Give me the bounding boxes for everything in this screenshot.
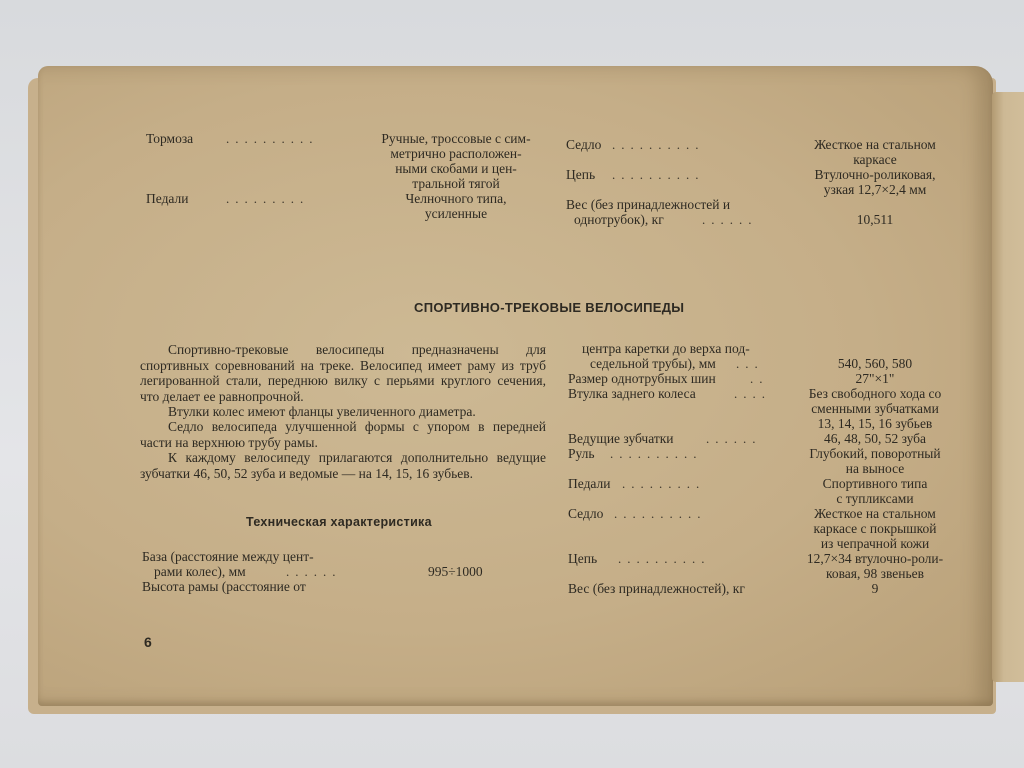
spec-label: Размер однотрубных шин [568, 371, 716, 386]
spec-label: Ведущие зубчатки [568, 431, 674, 446]
spec-value: 9 [790, 581, 960, 596]
page-number: 6 [144, 634, 152, 650]
paragraph: Седло велосипеда улучшенной формы с упор… [140, 419, 546, 450]
spec-label: Цепь [568, 551, 597, 566]
subtitle: Техническая характеристика [246, 515, 432, 529]
spec-value: Жесткое на стальном каркасе [790, 137, 960, 167]
next-page-edge [992, 92, 1024, 682]
spec-label: Высота рамы (расстояние от [142, 579, 306, 594]
spec-value: 12,7×34 втулочно-роли- ковая, 98 звеньев [790, 551, 960, 581]
spec-value: 10,511 [790, 212, 960, 227]
spec-label: Тормоза [146, 131, 193, 146]
spec-value: 995÷1000 [428, 564, 483, 579]
spec-label: Педали [146, 191, 189, 206]
spec-value: Жесткое на стальном каркасе с покрышкой … [790, 506, 960, 551]
spec-value: Челночного типа, усиленные [366, 191, 546, 221]
spec-value: 46, 48, 50, 52 зуба [790, 431, 960, 446]
spec-value: Без свободного хода со сменными зубчатка… [790, 386, 960, 431]
spec-value: Втулочно-роликовая, узкая 12,7×2,4 мм [790, 167, 960, 197]
spec-value: Глубокий, поворотный на выносе [790, 446, 960, 476]
leader-dots: ...... [286, 564, 342, 580]
spec-value: Ручные, троссовые с сим- метрично распол… [366, 131, 546, 191]
leader-dots: .......... [610, 446, 703, 462]
leader-dots: .......... [614, 506, 707, 522]
spec-label: Цепь [566, 167, 595, 182]
leader-dots: .......... [618, 551, 711, 567]
spec-value: 540, 560, 580 [790, 356, 960, 371]
spec-label: Педали [568, 476, 611, 491]
leader-dots: .......... [226, 131, 319, 147]
leader-dots: ......... [226, 191, 309, 207]
leader-dots: ... [736, 356, 764, 372]
leader-dots: .......... [612, 137, 705, 153]
spec-label: Седло [568, 506, 603, 521]
paragraph: Втулки колес имеют фланцы увеличенного д… [140, 404, 546, 420]
spec-value: 27"×1" [790, 371, 960, 386]
section-title: СПОРТИВНО-ТРЕКОВЫЕ ВЕЛОСИПЕДЫ [414, 300, 684, 315]
leader-dots: .... [734, 386, 771, 402]
spec-value: Спортивного типа с тупликсами [790, 476, 960, 506]
spec-label: Вес (без принадлежностей), кг [568, 581, 745, 596]
paragraph: Спортивно-трековые велосипеды предназнач… [140, 342, 546, 404]
spec-label: Руль [568, 446, 595, 461]
spec-label: Седло [566, 137, 601, 152]
leader-dots: ...... [702, 212, 758, 228]
spec-label: Втулка заднего колеса [568, 386, 696, 401]
leader-dots: ...... [706, 431, 762, 447]
leader-dots: .. [750, 371, 769, 387]
paragraph: К каждому велосипеду прилагаются дополни… [140, 450, 546, 481]
leader-dots: .......... [612, 167, 705, 183]
leader-dots: ......... [622, 476, 705, 492]
spec-label: центра каретки до верха под- седельной т… [582, 341, 750, 371]
